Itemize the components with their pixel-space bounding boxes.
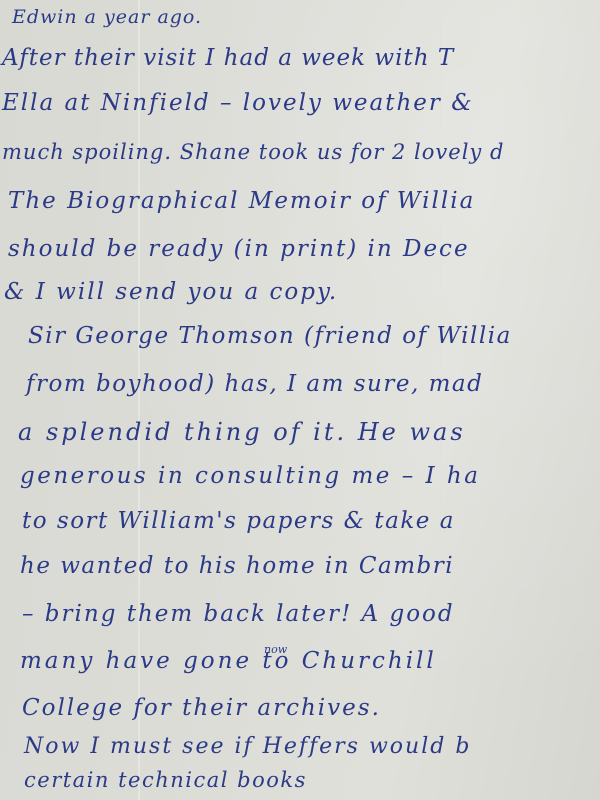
paper-fold-crease [138,0,140,800]
letter-line: – bring them back later! A good [22,603,455,626]
letter-line: & I will send you a copy. [4,281,338,304]
letter-line: a splendid thing of it. He was [18,420,466,444]
letter-line: certain technical books [24,770,307,791]
letter-line: he wanted to his home in Cambri [20,555,454,578]
letter-line: many have gone to Churchill [20,650,437,673]
letter-line: Sir George Thomson (friend of Willia [28,325,512,348]
letter-line: to sort William's papers & take a [22,510,455,533]
letter-line: The Biographical Memoir of Willia [8,190,475,213]
letter-line: After their visit I had a week with T [2,47,454,70]
letter-line: Ella at Ninfield – lovely weather & [2,92,474,115]
letter-line: should be ready (in print) in Dece [8,238,470,261]
inserted-word: now [264,643,287,656]
letter-line: Edwin a year ago. [12,8,202,27]
letter-line: Now I must see if Heffers would b [24,736,471,758]
letter-line: generous in consulting me – I ha [20,465,480,488]
letter-line: much spoiling. Shane took us for 2 lovel… [2,142,504,163]
letter-line: College for their archives. [22,697,381,720]
letter-paper [0,0,600,800]
letter-line: from boyhood) has, I am sure, mad [26,373,483,396]
